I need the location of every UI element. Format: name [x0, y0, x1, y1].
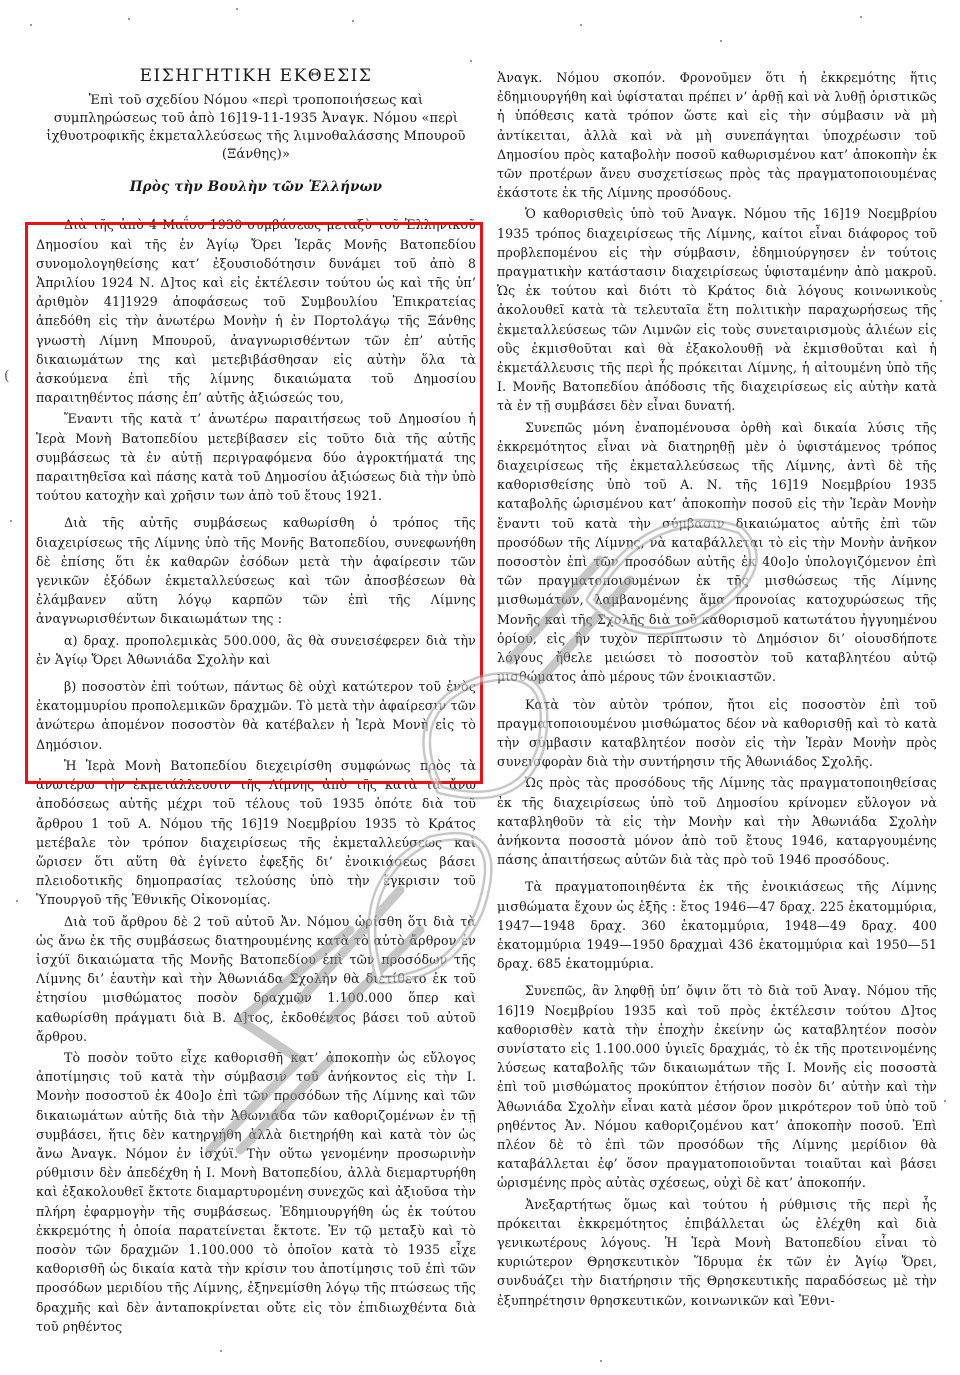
list-item-a: α) δραχ. προπολεμικὰς 500.000, ἃς θὰ συν… [36, 631, 476, 669]
scan-speck [600, 1360, 602, 1362]
left-column: ΕΙΣΗΓΗΤΙΚΗ ΕΚΘΕΣΙΣ Ἐπὶ τοῦ σχεδίου Νόμου… [36, 0, 476, 1336]
paragraph: Ἔναντι τῆς κατὰ τ’ ἀνωτέρω παραιτήσεως τ… [36, 409, 476, 505]
paragraph: Τὰ πραγματοποιηθέντα ἐκ τῆς ἐνοικιάσεως … [497, 877, 937, 973]
paragraph: Ὡς πρὸς τὰς προσόδους τῆς Λίμνης τὰς πρα… [497, 773, 937, 869]
scan-speck [16, 900, 18, 902]
paragraph: Διὰ τῆς ἀπὸ 4 Μαΐου 1930 συμβάσεως μεταξ… [36, 215, 476, 407]
scan-speck [944, 1100, 946, 1102]
scan-speck [580, 24, 582, 26]
margin-bracket-mark: ( [4, 368, 9, 384]
scan-speck [470, 60, 472, 62]
paragraph: Ἀνεξαρτήτως ὅμως καὶ τούτου ἡ ρύθμισις τ… [497, 1195, 937, 1310]
scan-speck [10, 520, 12, 522]
paragraph: Διὰ τῆς αὐτῆς συμβάσεως καθωρίσθη ὁ τρόπ… [36, 513, 476, 628]
list-item-b: β) ποσοστὸν ἐπὶ τούτων, πάντως δὲ οὐχὶ κ… [36, 677, 476, 754]
paragraph: Ἀναγκ. Νόμου σκοπόν. Φρονοῦμεν ὅτι ἡ ἐκκ… [497, 68, 937, 202]
paragraph: Διὰ τοῦ ἄρθρου δὲ 2 τοῦ αὐτοῦ Ἀν. Νόμου … [36, 912, 476, 1046]
scan-speck [30, 24, 32, 26]
paragraph: Κατὰ τὸν αὐτὸν τρόπον, ἤτοι εἰς ποσοστὸν… [497, 695, 937, 772]
scan-speck [860, 16, 862, 18]
report-addressee: Πρὸς τὴν Βουλὴν τῶν Ἑλλήνων [36, 178, 476, 197]
paragraph: Τὸ ποσὸν τοῦτο εἶχε καθορισθῆ κατ’ ἀποκο… [36, 1048, 476, 1336]
paragraph: Συνεπῶς μόνη ἐναπομένουσα ὀρθὴ καὶ δικαί… [497, 418, 937, 687]
scan-speck [220, 1350, 222, 1352]
report-subtitle: Ἐπὶ τοῦ σχεδίου Νόμου «περὶ τροποποιήσεω… [36, 92, 476, 164]
paragraph: Ὁ καθορισθεὶς ὑπὸ τοῦ Ἀναγκ. Νόμου τῆς 1… [497, 204, 937, 415]
document-page: ΕΙΣΗΓΗΤΙΚΗ ΕΚΘΕΣΙΣ Ἐπὶ τοῦ σχεδίου Νόμου… [0, 0, 960, 1375]
paragraph: Ἡ Ἱερὰ Μονὴ Βατοπεδίου διεχειρίσθη συμφώ… [36, 756, 476, 910]
paragraph: Συνεπῶς, ἂν ληφθῇ ὑπ’ ὄψιν ὅτι τὸ διὰ το… [497, 981, 937, 1192]
scan-speck [352, 20, 354, 22]
scan-speck [128, 18, 130, 20]
scan-speck [940, 300, 942, 302]
scan-speck [720, 40, 722, 42]
report-heading: ΕΙΣΗΓΗΤΙΚΗ ΕΚΘΕΣΙΣ [36, 67, 476, 86]
right-column: Ἀναγκ. Νόμου σκοπόν. Φρονοῦμεν ὅτι ἡ ἐκκ… [497, 0, 937, 1310]
scan-speck [236, 8, 238, 10]
